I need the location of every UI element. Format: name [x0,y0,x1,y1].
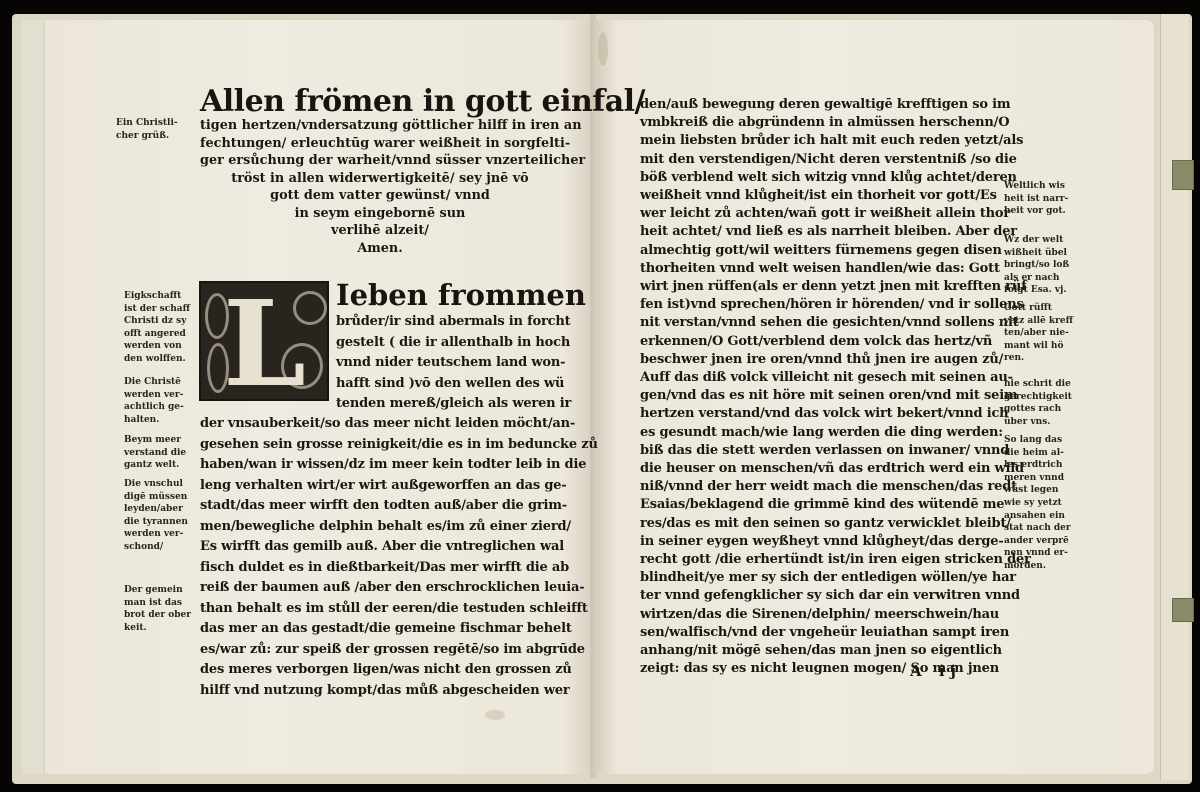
body-line: hilff vnd nutzung kompt/das můß abgesche… [200,681,598,702]
body-line: wer leicht zů achten/wañ gott ir weißhei… [640,205,1031,223]
margin-line: mant wil hö [1004,340,1073,353]
margin-line: als er nach [1004,272,1069,285]
margin-line: verstand die [124,447,186,460]
body-line: vnnd nider teutschem land won- [336,353,571,374]
decorated-initial-woodcut: L [199,281,329,401]
body-line: es gesundt mach/wie lang werden die ding… [640,424,1031,442]
subheading: Ieben frommen [336,278,586,312]
cloth-tie-lower [1172,598,1194,622]
body-line: anhang/nit mögē sehen/das man jnen so ei… [640,642,1031,660]
margin-line: heit vor got. [1004,205,1068,218]
margin-note: Gott rüfft yetz allē kreff ten/aber nie-… [1004,302,1073,365]
margin-line: schond/ [124,541,188,554]
body-line: nit verstan/vnnd sehen die gesichten/vnn… [640,314,1031,332]
body-line: thorheiten vnnd welt weisen handlen/wie … [640,260,1031,278]
body-line: vmbkreiß die abgründenn in almüssen hers… [640,114,1031,132]
body-line: hafft sind )vō den wellen des wü [336,374,571,395]
left-body-text: der vnsauberkeit/so das meer nicht leide… [200,414,598,701]
intro-line: verlihē alzeit/ [200,222,560,240]
margin-line: ten/aber nie- [1004,327,1073,340]
body-line: leng verhalten wirt/er wirt außgeworffen… [200,476,598,497]
margin-note: Die vnschul digē müssen leyden/aber die … [124,478,188,554]
body-text-beside-initial: brůder/ir sind abermals in forcht gestel… [336,312,571,415]
margin-line: folgt Esa. vj. [1004,284,1069,297]
body-line: res/das es mit den seinen so gantz verwi… [640,515,1031,533]
margin-note: Wz der welt wißheit übel bringt/so loß a… [1004,234,1069,297]
body-line: beschwer jnen ire oren/vnnd thů jnen ire… [640,351,1031,369]
margin-note: Die Christē werden ver- achtlich ge- hal… [124,376,184,426]
body-line: blindheit/ye mer sy sich der entledigen … [640,569,1031,587]
body-line: almechtig gott/wil weitters fürnemens ge… [640,242,1031,260]
margin-note: Beym meer verstand die gantz welt. [124,434,186,472]
margin-note: So lang das die heim al- les erdtrich me… [1004,434,1071,573]
body-line: sen/walfisch/vnd der vngeheür leuiathan … [640,624,1031,642]
intro-line: gott dem vatter gewünst/ vnnd [200,187,560,205]
book-cover-edge [1160,14,1189,780]
intro-line: fechtungen/ erleuchtūg warer weißheit in… [200,135,560,153]
body-line: wirtzen/das die Sirenen/delphin/ meersch… [640,606,1031,624]
margin-line: cher grüß. [116,130,178,143]
margin-line: werden ver- [124,528,188,541]
margin-line: meren vnnd [1004,472,1071,485]
margin-note: Weltlich wis heit ist narr- heit vor got… [1004,180,1068,218]
right-body-text: den/auß bewegung deren gewaltigē kreffti… [640,96,1031,679]
margin-line: les erdtrich [1004,459,1071,472]
margin-line: bringt/so loß [1004,259,1069,272]
margin-line: gantz welt. [124,459,186,472]
margin-line: Der gemein [124,584,191,597]
margin-line: Weltlich wis [1004,180,1068,193]
intro-line: tigen hertzen/vndersatzung göttlicher hi… [200,117,560,135]
margin-line: Wz der welt [1004,234,1069,247]
body-line: than behalt es im stůll der eeren/die te… [200,599,598,620]
margin-line: wie sy yetzt [1004,497,1071,510]
margin-line: Die vnschul [124,478,188,491]
margin-line: ander verprē [1004,535,1071,548]
body-line: weißheit vnnd klůgheit/ist ein thorheit … [640,187,1031,205]
body-line: stadt/das meer wirfft den todten auß/abe… [200,496,598,517]
margin-line: Eigkschafft [124,290,190,303]
margin-line: Gott rüfft [1004,302,1073,315]
body-line: brůder/ir sind abermals in forcht [336,312,571,333]
body-line: reiß der baumen auß /aber den erschrockl… [200,578,598,599]
margin-line: man ist das [124,597,191,610]
initial-letter: L [223,289,306,399]
intro-line: in seym eingebornē sun [200,205,560,223]
body-line: gesehen sein grosse reinigkeit/die es in… [200,435,598,456]
intro-line: tröst in allen widerwertigkeitē/ sey jnē… [200,170,560,188]
body-line: gen/vnd das es nit höre mit seinen oren/… [640,387,1031,405]
intro-line: Amen. [200,240,560,258]
body-line: mein liebsten brůder ich halt mit euch r… [640,132,1031,150]
margin-line: wißheit übel [1004,247,1069,260]
body-line: die heuser on menschen/vñ das erdtrich w… [640,460,1031,478]
body-line: fen ist)vnd sprechen/hören ir hörenden/ … [640,296,1031,314]
body-line: men/bewegliche delphin behalt es/im zů e… [200,517,598,538]
intro-paragraph: tigen hertzen/vndersatzung göttlicher hi… [200,117,560,257]
margin-line: halten. [124,414,184,427]
margin-line: ist der schaff [124,303,190,316]
body-line: den/auß bewegung deren gewaltigē kreffti… [640,96,1031,114]
body-line: biß das die stett werden verlassen on in… [640,442,1031,460]
body-line: des meres verborgen ligen/was nicht den … [200,660,598,681]
margin-line: Christi dz sy [124,315,190,328]
intro-line: ger ersůchung der warheit/vnnd süsser vn… [200,152,560,170]
margin-line: ansahen ein [1004,510,1071,523]
margin-line: die heim al- [1004,447,1071,460]
paper-stain [485,710,505,720]
body-line: niß/vnnd der herr weidt mach die mensche… [640,478,1031,496]
margin-line: hie schrit die [1004,378,1072,391]
margin-line: werden von [124,340,190,353]
body-line: hertzen verstand/vnd das volck wirt beke… [640,405,1031,423]
body-line: Auff das diß volck villeicht nit gesech … [640,369,1031,387]
body-line: mit den verstendigen/Nicht deren versten… [640,151,1031,169]
margin-line: Beym meer [124,434,186,447]
body-line: in seiner eygen weyßheyt vnnd klůgheyt/d… [640,533,1031,551]
margin-line: mörden. [1004,560,1071,573]
margin-line: über vns. [1004,416,1072,429]
margin-note: hie schrit die gerechtigkeit gottes rach… [1004,378,1072,428]
margin-line: achtlich ge- [124,401,184,414]
signature-mark: A ij [910,662,962,680]
margin-line: heit ist narr- [1004,193,1068,206]
body-line: heit achtet/ vnd ließ es als narrheit bl… [640,223,1031,241]
page-heading: Allen frömen in gott einfal/ [200,84,645,119]
margin-line: die tyrannen [124,516,188,529]
margin-line: ren. [1004,352,1073,365]
body-line: Es wirfft das gemilb auß. Aber die vntre… [200,537,598,558]
cloth-tie-upper [1172,160,1194,190]
body-line: recht gott /die erhertündt ist/in iren e… [640,551,1031,569]
body-line: der vnsauberkeit/so das meer nicht leide… [200,414,598,435]
margin-note: Eigkschafft ist der schaff Christi dz sy… [124,290,190,366]
body-line: erkennen/O Gott/verblend dem volck das h… [640,333,1031,351]
body-line: zeigt: das sy es nicht leugnen mogen/ So… [640,660,1031,678]
margin-line: werden ver- [124,389,184,402]
body-line: fisch duldet es in dießtbarkeit/Das mer … [200,558,598,579]
margin-line: offt angered [124,328,190,341]
margin-line: stat nach der [1004,522,1071,535]
margin-line: digē müssen [124,491,188,504]
margin-line: den wolffen. [124,353,190,366]
margin-line: nen vnnd er- [1004,547,1071,560]
margin-line: gerechtigkeit [1004,391,1072,404]
margin-line: So lang das [1004,434,1071,447]
body-line: es/war zů: zur speiß der grossen regētē/… [200,640,598,661]
body-line: Esaias/beklagend die grimmē kind des wüt… [640,496,1031,514]
margin-line: gottes rach [1004,403,1072,416]
body-line: ter vnnd gefengklicher sy sich dar ein v… [640,587,1031,605]
body-line: tenden mereß/gleich als weren ir [336,394,571,415]
paper-stain [598,32,608,66]
margin-note-greeting: Ein Christli- cher grüß. [116,117,178,142]
margin-line: Ein Christli- [116,117,178,130]
margin-line: yetz allē kreff [1004,315,1073,328]
margin-line: keit. [124,622,191,635]
body-line: böß verblend welt sich witzig vnnd klůg … [640,169,1031,187]
margin-note: Der gemein man ist das brot der ober kei… [124,584,191,634]
body-line: haben/wan ir wissen/dz im meer kein todt… [200,455,598,476]
margin-line: leyden/aber [124,503,188,516]
margin-line: wüst legen [1004,484,1071,497]
margin-line: Die Christē [124,376,184,389]
body-line: gestelt ( die ir allenthalb in hoch [336,333,571,354]
body-line: das mer an das gestadt/die gemeine fisch… [200,619,598,640]
body-line: wirt jnen rüffen(als er denn yetzt jnen … [640,278,1031,296]
margin-line: brot der ober [124,609,191,622]
